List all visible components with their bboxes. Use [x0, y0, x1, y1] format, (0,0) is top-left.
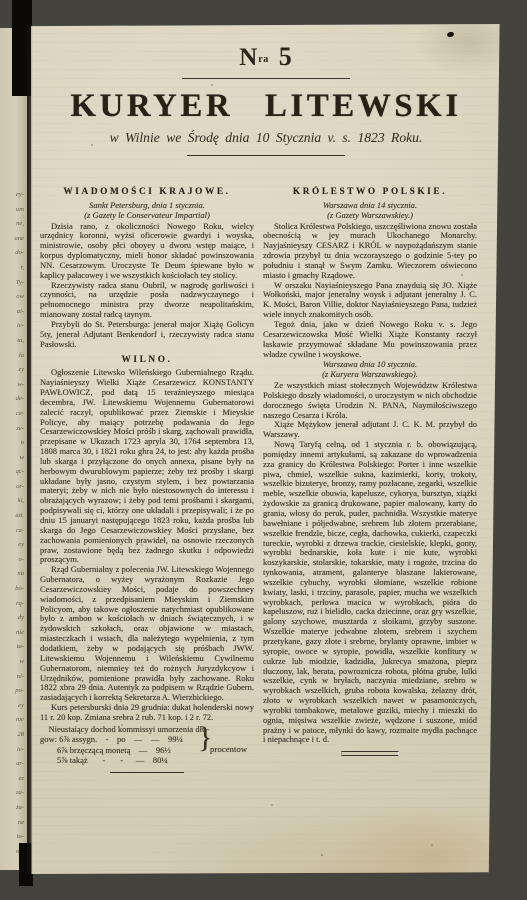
- paragraph: Ogłoszenie Litewsko Wileńskiego Gubernia…: [40, 368, 254, 565]
- facing-page-fragments: ey- um ne, ane do- r, Ty- ow ai- ie- ta,…: [0, 188, 24, 859]
- paragraph: Przybyli do St. Petersburga: jenerał maj…: [40, 320, 254, 350]
- exchange-rate-table: Nieustaiący dochod kommissyi umorzenia d…: [40, 724, 254, 766]
- masthead: Nra5 KURYER LITEWSKI w Wilnie we Środę d…: [31, 24, 501, 156]
- column-left: WIADOMOŚCI KRAJOWE. Sankt Petersburg, dn…: [40, 186, 254, 864]
- masthead-title: KURYER LITEWSKI: [31, 88, 501, 125]
- paragraph: Tegoż dnia, jako w dzień Nowego Roku v. …: [263, 320, 477, 359]
- paragraph: Nową Taryfą celną, od 1 stycznia r. b. o…: [263, 440, 477, 745]
- section-header-krolestwo: KRÓLESTWO POLSKIE.: [263, 188, 477, 198]
- column-right: KRÓLESTWO POLSKIE. Warszawa dnia 14 styc…: [263, 186, 477, 864]
- brace-glyph: }: [198, 733, 212, 743]
- masthead-dateline: w Wilnie we Środę dnia 10 Stycznia v. s.…: [31, 130, 501, 146]
- source-kuryer-warszawski: (z Kuryera Warszawskiego).: [263, 370, 477, 380]
- facing-page-edge: ey- um ne, ane do- r, Ty- ow ai- ie- ta,…: [0, 28, 27, 870]
- source-conservateur: (z Gazety le Conservateur Impartial): [40, 211, 254, 221]
- paragraph: W orszaku Nayiaśnieyszego Pana znayduią …: [263, 281, 477, 320]
- end-rule-left-column: [110, 772, 184, 773]
- issue-value: 5: [279, 42, 293, 71]
- paragraph: Stolica Królestwa Polskiego, uszczęśliwi…: [263, 222, 477, 281]
- issue-n: N: [239, 44, 258, 71]
- exchange-rate-label: procentow: [210, 745, 247, 755]
- paragraph: Rząd Gubernialny z polecenia JW. Litewsk…: [40, 565, 254, 703]
- paragraph: Ze wszystkich miast stołecznych Wojewódz…: [263, 381, 477, 420]
- paragraph: Xiąże Mężykow jenerał adjutant J. C. K. …: [263, 420, 477, 440]
- paragraph: Dzisia rano, z okoliczności Nowego Roku,…: [40, 222, 254, 281]
- masthead-rule-top: [182, 78, 350, 79]
- issue-number: Nra5: [31, 42, 501, 72]
- section-header-wiadomosci: WIADOMOŚCI KRAJOWE.: [40, 188, 254, 198]
- scan-background: { "masthead": { "issue_n": "N", "issue_s…: [0, 0, 527, 900]
- issue-superscript: ra: [258, 54, 268, 65]
- end-rule-right-column: [341, 751, 399, 755]
- paragraph: Rzeczywisty radca stanu Oubril, w nagrod…: [40, 281, 254, 320]
- source-gazeta-warszawska: (z Gazety Warszawskiey.): [263, 211, 477, 221]
- paragraph: Kurs petersburski dnia 29 grudnia: dukat…: [40, 703, 254, 723]
- binding-crease: [27, 25, 33, 873]
- section-header-wilno: WILNO.: [40, 356, 254, 366]
- newspaper-page: Nra5 KURYER LITEWSKI w Wilnie we Środę d…: [31, 24, 501, 874]
- masthead-rule-bottom: [187, 155, 345, 156]
